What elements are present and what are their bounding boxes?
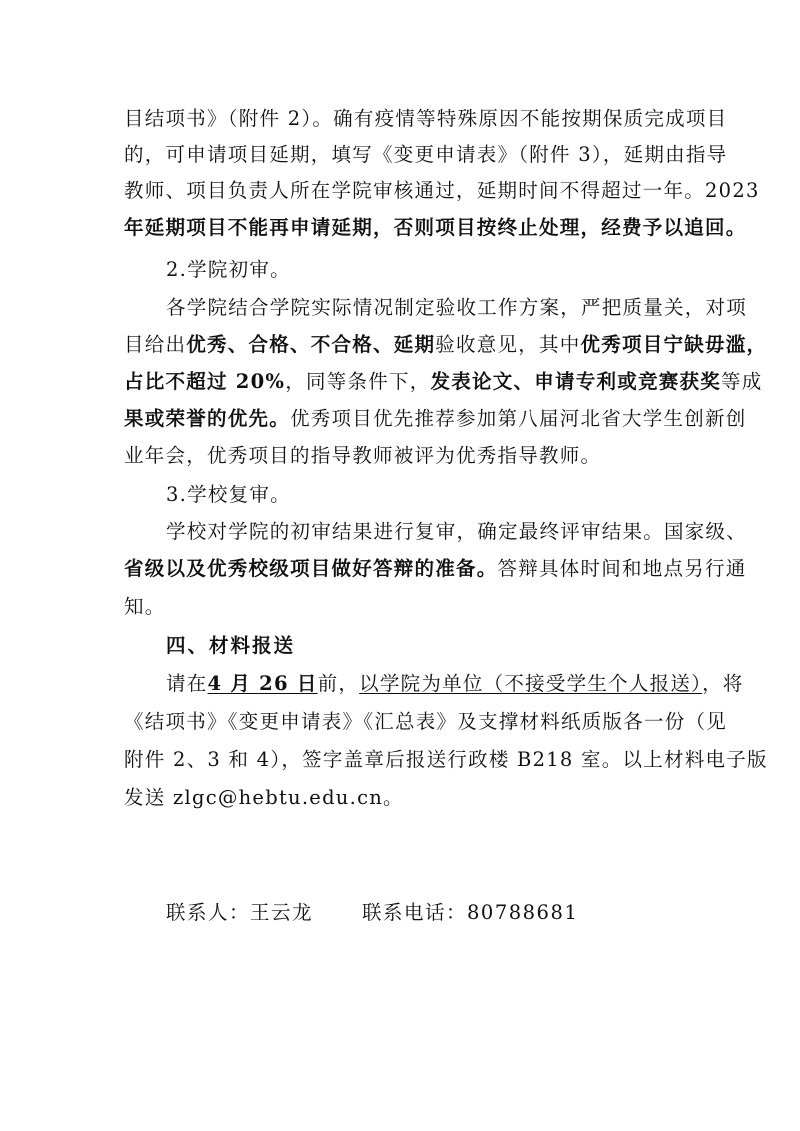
paragraph-line: 业年会，优秀项目的指导教师被评为优秀指导教师。 xyxy=(124,441,680,471)
paragraph-line: 各学院结合学院实际情况制定验收工作方案，严把质量关，对项 xyxy=(166,293,680,323)
paragraph-line-bold: 年延期项目不能再申请延期，否则项目按终止处理，经费予以追回。 xyxy=(124,213,680,243)
contact-phone: 联系电话：80788681 xyxy=(362,898,578,928)
text-run-bold: 果或荣誉的优先。 xyxy=(124,407,290,430)
paragraph-line: 请在4 月 26 日前，以学院为单位（不接受学生个人报送），将 xyxy=(166,669,680,699)
paragraph-line: 目结项书》（附件 2）。确有疫情等特殊原因不能按期保质完成项目 xyxy=(124,104,680,134)
paragraph-line: 占比不超过 20%，同等条件下，发表论文、申请专利或竞赛获奖等成 xyxy=(124,367,680,397)
email-line: 发送 zlgc@hebtu.edu.cn。 xyxy=(124,783,680,813)
text-run: ，将 xyxy=(702,672,744,695)
text-run: 目给出 xyxy=(124,333,186,356)
paragraph-line: 目给出优秀、合格、不合格、延期验收意见，其中优秀项目宁缺毋滥， xyxy=(124,330,680,360)
text-run: 请在 xyxy=(166,672,208,695)
text-run: 验收意见，其中 xyxy=(435,333,580,356)
paragraph-line: 省级以及优秀校级项目做好答辩的准备。答辩具体时间和地点另行通 xyxy=(124,554,680,584)
text-run-bold: 省级以及优秀校级项目做好答辩的准备。 xyxy=(124,557,498,580)
text-run-bold: 占比不超过 20% xyxy=(124,370,285,393)
section-heading-school-review: 3.学校复审。 xyxy=(166,480,680,510)
text-run: 等成 xyxy=(721,370,763,393)
paragraph-line: 知。 xyxy=(124,592,680,622)
paragraph-line: 《结项书》《变更申请表》《汇总表》及支撑材料纸质版各一份（见 xyxy=(124,707,680,737)
paragraph-line: 附件 2、3 和 4），签字盖章后报送行政楼 B218 室。以上材料电子版 xyxy=(124,745,680,775)
text-run-bold: 优秀项目宁缺毋滥， xyxy=(581,333,768,356)
paragraph-line: 的，可申请项目延期，填写《变更申请表》（附件 3），延期由指导 xyxy=(124,140,680,170)
contact-phone-number: 80788681 xyxy=(467,901,578,924)
text-run: ，同等条件下， xyxy=(285,370,430,393)
contact-phone-label: 联系电话： xyxy=(362,901,467,924)
text-run-bold: 发表论文、申请专利或竞赛获奖 xyxy=(430,370,721,393)
contact-person-name: 王云龙 xyxy=(250,901,313,924)
paragraph-line: 学校对学院的初审结果进行复审，确定最终评审结果。国家级、 xyxy=(166,517,680,547)
section-heading-college-review: 2.学院初审。 xyxy=(166,255,680,285)
text-run: 优秀项目优先推荐参加第八届河北省大学生创新创 xyxy=(290,407,747,430)
section-heading-materials-submission: 四、材料报送 xyxy=(166,631,680,661)
paragraph-line: 果或荣誉的优先。优秀项目优先推荐参加第八届河北省大学生创新创 xyxy=(124,404,680,434)
text-run-bold: 优秀、合格、不合格、延期 xyxy=(186,333,435,356)
contact-person: 联系人：王云龙 xyxy=(166,898,313,928)
document-page: 目结项书》（附件 2）。确有疫情等特殊原因不能按期保质完成项目 的，可申请项目延… xyxy=(0,0,800,1131)
text-run: 前， xyxy=(318,672,360,695)
text-run: 答辩具体时间和地点另行通 xyxy=(498,557,747,580)
deadline-date: 4 月 26 日 xyxy=(208,672,318,695)
submission-unit-note: 以学院为单位（不接受学生个人报送） xyxy=(359,672,702,695)
contact-person-label: 联系人： xyxy=(166,901,250,924)
paragraph-line: 教师、项目负责人所在学院审核通过，延期时间不得超过一年。2023 xyxy=(124,176,680,206)
